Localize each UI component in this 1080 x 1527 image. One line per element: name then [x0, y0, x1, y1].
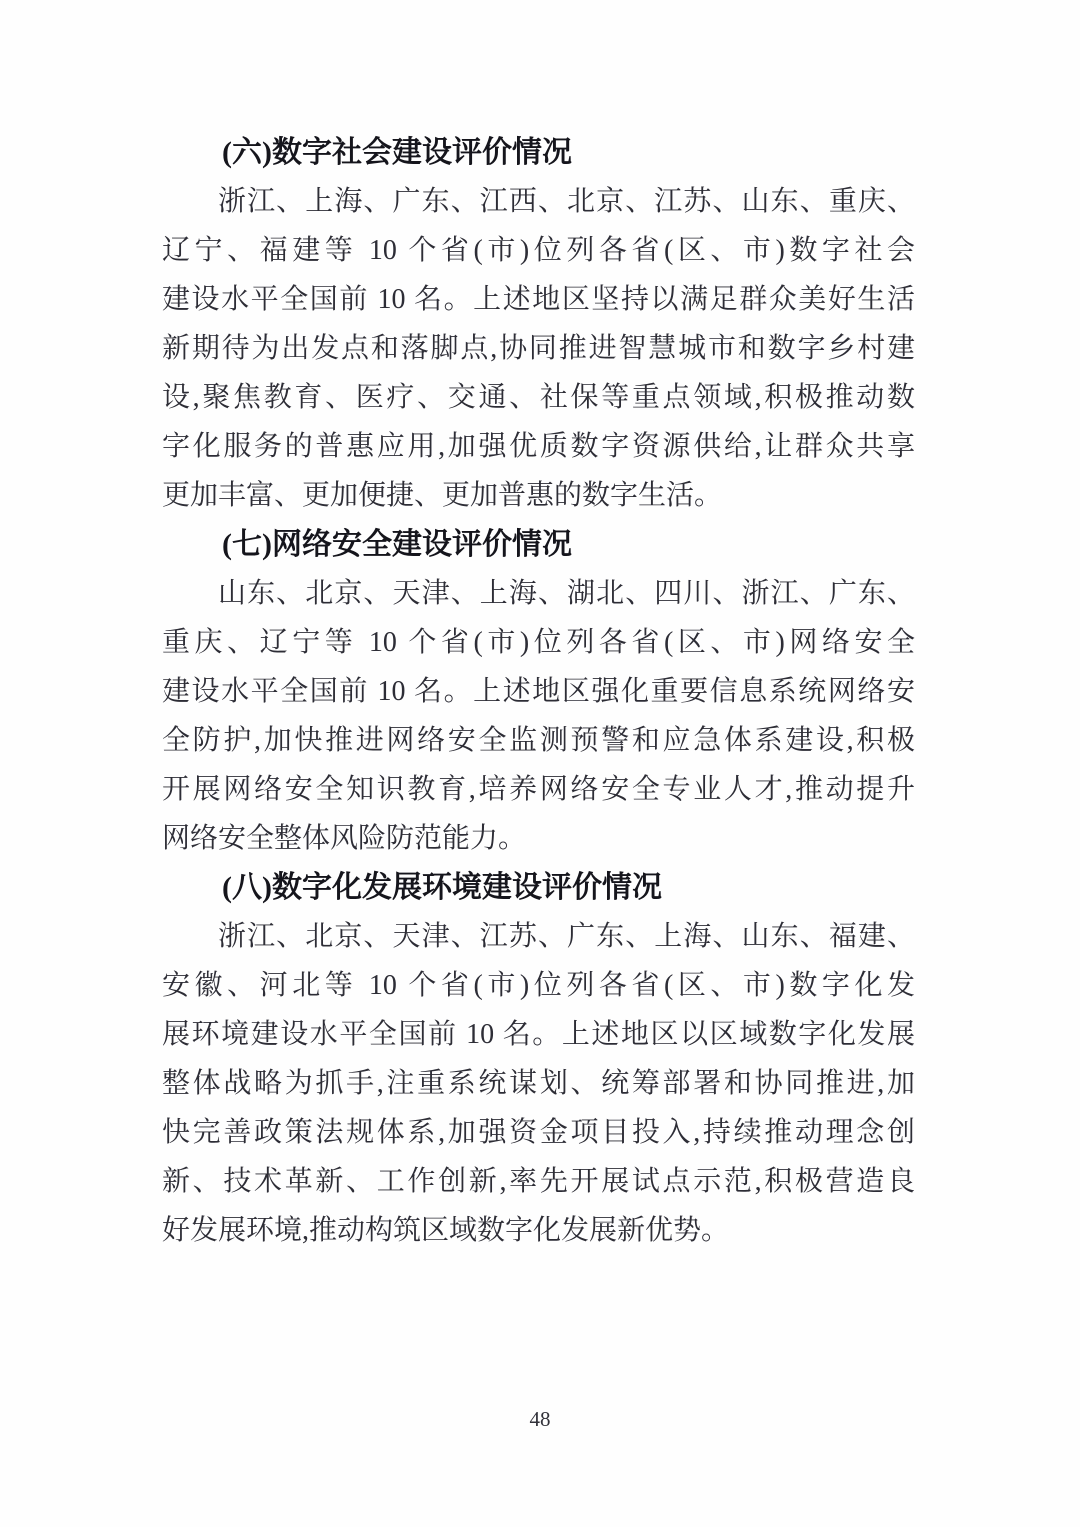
text-line: 设,聚焦教育、医疗、交通、社保等重点领域,积极推动数: [162, 373, 915, 422]
text-line: 新期待为出发点和落脚点,协同推进智慧城市和数字乡村建: [162, 324, 915, 373]
document-content: (六)数字社会建设评价情况 浙江、上海、广东、江西、北京、江苏、山东、重庆、 辽…: [162, 128, 915, 1255]
text-line: 浙江、北京、天津、江苏、广东、上海、山东、福建、: [162, 912, 915, 961]
text-line: 整体战略为抓手,注重系统谋划、统筹部署和协同推进,加: [162, 1059, 915, 1108]
text-line: 新、技术革新、工作创新,率先开展试点示范,积极营造良: [162, 1157, 915, 1206]
page-number: 48: [0, 1404, 1080, 1434]
text-line: 辽宁、福建等 10 个省(市)位列各省(区、市)数字社会: [162, 226, 915, 275]
text-line: 好发展环境,推动构筑区域数字化发展新优势。: [162, 1206, 915, 1255]
text-line: 建设水平全国前 10 名。上述地区坚持以满足群众美好生活: [162, 275, 915, 324]
text-line: 建设水平全国前 10 名。上述地区强化重要信息系统网络安: [162, 667, 915, 716]
section-7-heading: (七)网络安全建设评价情况: [162, 520, 915, 569]
section-6-heading: (六)数字社会建设评价情况: [162, 128, 915, 177]
text-line: 展环境建设水平全国前 10 名。上述地区以区域数字化发展: [162, 1010, 915, 1059]
text-line: 全防护,加快推进网络安全监测预警和应急体系建设,积极: [162, 716, 915, 765]
text-line: 山东、北京、天津、上海、湖北、四川、浙江、广东、: [162, 569, 915, 618]
text-line: 开展网络安全知识教育,培养网络安全专业人才,推动提升: [162, 765, 915, 814]
text-line: 网络安全整体风险防范能力。: [162, 814, 915, 863]
text-line: 更加丰富、更加便捷、更加普惠的数字生活。: [162, 471, 915, 520]
text-line: 浙江、上海、广东、江西、北京、江苏、山东、重庆、: [162, 177, 915, 226]
text-line: 重庆、辽宁等 10 个省(市)位列各省(区、市)网络安全: [162, 618, 915, 667]
text-line: 字化服务的普惠应用,加强优质数字资源供给,让群众共享: [162, 422, 915, 471]
text-line: 安徽、河北等 10 个省(市)位列各省(区、市)数字化发: [162, 961, 915, 1010]
document-page: (六)数字社会建设评价情况 浙江、上海、广东、江西、北京、江苏、山东、重庆、 辽…: [0, 0, 1080, 1527]
text-line: 快完善政策法规体系,加强资金项目投入,持续推动理念创: [162, 1108, 915, 1157]
section-8-heading: (八)数字化发展环境建设评价情况: [162, 863, 915, 912]
